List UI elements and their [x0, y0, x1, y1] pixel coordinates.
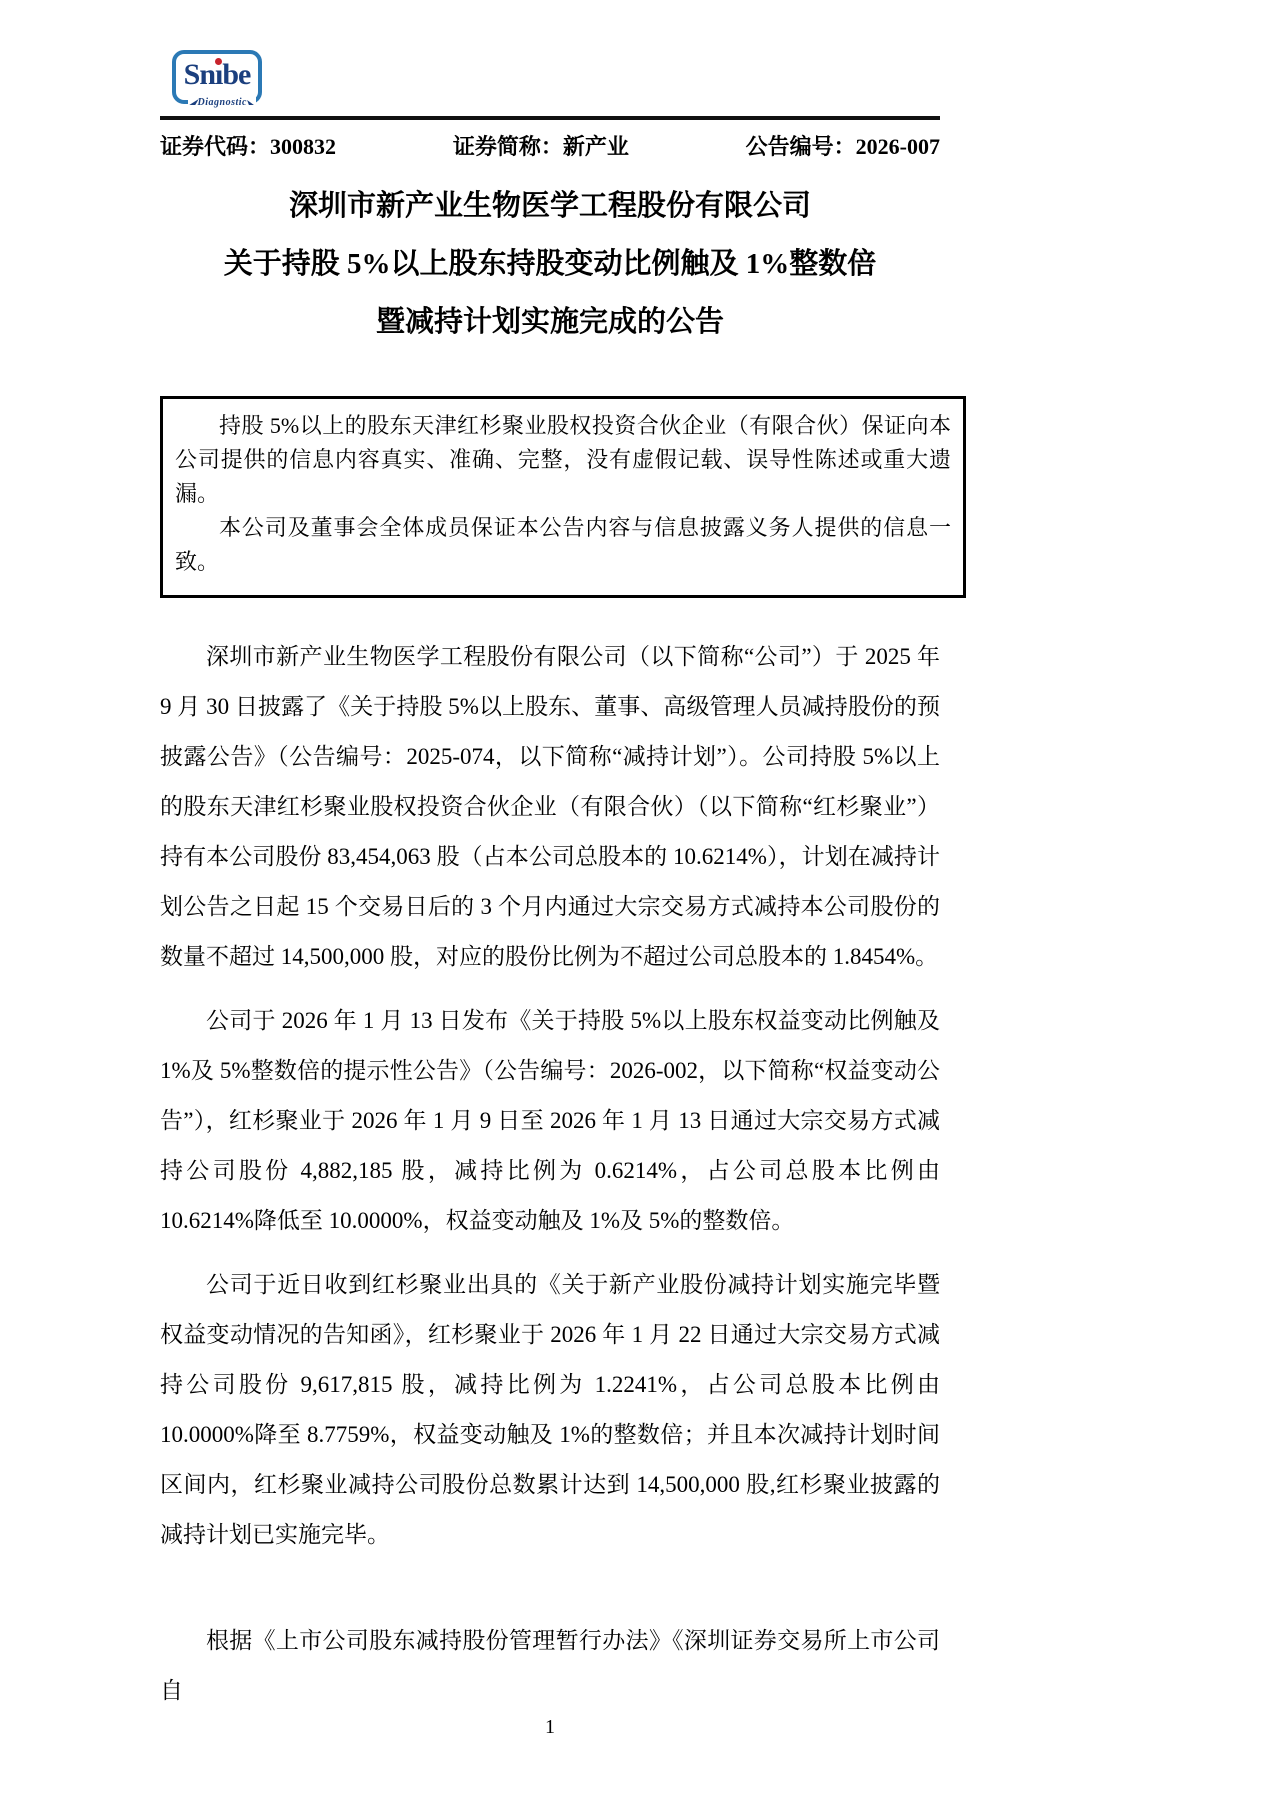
announcement-title-line-1: 关于持股 5%以上股东持股变动比例触及 1%整数倍 — [160, 244, 940, 284]
announcement-body: 深圳市新产业生物医学工程股份有限公司（以下简称“公司”）于 2025 年 9 月… — [160, 632, 940, 1716]
notice-number-value: 2026-007 — [856, 134, 940, 159]
logo-tagline: Diagnostic — [188, 97, 256, 108]
body-paragraph: 公司于近日收到红杉聚业出具的《关于新产业股份减持计划实施完毕暨权益变动情况的告知… — [160, 1260, 940, 1560]
page-content: Snıbe Diagnostic 证券代码：300832 证券简称：新产业 公告… — [160, 50, 940, 1716]
title-block: 深圳市新产业生物医学工程股份有限公司 关于持股 5%以上股东持股变动比例触及 1… — [160, 186, 940, 342]
body-paragraph: 根据《上市公司股东减持股份管理暂行办法》《深圳证券交易所上市公司自 — [160, 1616, 940, 1716]
stock-code-label: 证券代码： — [160, 134, 270, 159]
statement-paragraph: 本公司及董事会全体成员保证本公告内容与信息披露义务人提供的信息一致。 — [175, 511, 951, 579]
announcement-page: Snıbe Diagnostic 证券代码：300832 证券简称：新产业 公告… — [0, 0, 1280, 1819]
statement-paragraph: 持股 5%以上的股东天津红杉聚业股权投资合伙企业（有限合伙）保证向本公司提供的信… — [175, 409, 951, 511]
logo-swoosh-end-icon — [247, 100, 254, 105]
stock-abbr-value: 新产业 — [563, 134, 629, 159]
body-paragraph: 公司于 2026 年 1 月 13 日发布《关于持股 5%以上股东权益变动比例触… — [160, 996, 940, 1246]
body-paragraph: 深圳市新产业生物医学工程股份有限公司（以下简称“公司”）于 2025 年 9 月… — [160, 632, 940, 982]
announcement-title-line-2: 暨减持计划实施完成的公告 — [160, 302, 940, 342]
page-number: 1 — [160, 1716, 940, 1739]
company-name-title: 深圳市新产业生物医学工程股份有限公司 — [160, 186, 940, 226]
logo-tagline-text: Diagnostic — [198, 97, 247, 108]
header-divider — [160, 116, 940, 120]
stock-code: 证券代码：300832 — [160, 132, 336, 162]
snibe-logo: Snıbe Diagnostic — [172, 50, 262, 104]
logo-brand-text: Snıbe — [184, 60, 251, 94]
logo-brand-pre: Sn — [184, 58, 215, 91]
securities-meta-row: 证券代码：300832 证券简称：新产业 公告编号：2026-007 — [160, 132, 940, 162]
stock-abbr-label: 证券简称： — [453, 134, 563, 159]
logo-brand-post: be — [222, 58, 250, 91]
statement-box: 持股 5%以上的股东天津红杉聚业股权投资合伙企业（有限合伙）保证向本公司提供的信… — [160, 396, 966, 598]
notice-number-label: 公告编号： — [746, 134, 856, 159]
stock-code-value: 300832 — [270, 134, 336, 159]
logo-i: ı — [215, 60, 222, 90]
stock-abbr: 证券简称：新产业 — [453, 132, 629, 162]
notice-number: 公告编号：2026-007 — [746, 132, 940, 162]
logo-red-dot-icon — [215, 58, 222, 65]
